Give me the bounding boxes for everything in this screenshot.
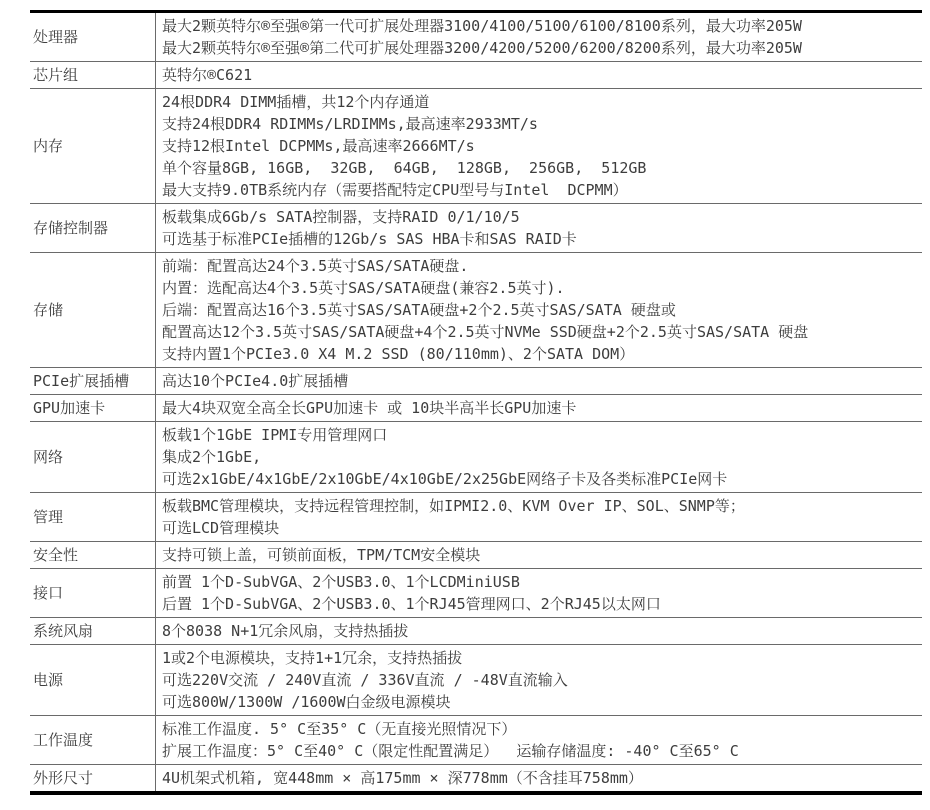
table-row: GPU加速卡 最大4块双宽全高全长GPU加速卡 或 10块半高半长GPU加速卡 bbox=[30, 395, 922, 422]
spec-value-line: 板载集成6Gb/s SATA控制器，支持RAID 0/1/10/5 bbox=[162, 206, 916, 228]
spec-value-line: 板载1个1GbE IPMI专用管理网口 bbox=[162, 424, 916, 446]
spec-label: 网络 bbox=[30, 422, 156, 493]
table-row: 管理 板载BMC管理模块，支持远程管理控制，如IPMI2.0、KVM Over … bbox=[30, 493, 922, 542]
spec-label: 处理器 bbox=[30, 12, 156, 62]
spec-value: 标准工作温度. 5° C至35° C（无直接光照情况下）扩展工作温度：5° C至… bbox=[156, 716, 923, 765]
spec-value: 最大2颗英特尔®至强®第一代可扩展处理器3100/4100/5100/6100/… bbox=[156, 12, 923, 62]
spec-label: 工作温度 bbox=[30, 716, 156, 765]
spec-label: 系统风扇 bbox=[30, 618, 156, 645]
spec-label: 内存 bbox=[30, 89, 156, 204]
spec-value-line: 支持可锁上盖，可锁前面板，TPM/TCM安全模块 bbox=[162, 544, 916, 566]
spec-label: 芯片组 bbox=[30, 62, 156, 89]
spec-value-line: 1或2个电源模块，支持1+1冗余，支持热插拔 bbox=[162, 647, 916, 669]
spec-value: 4U机架式机箱, 宽448mm × 高175mm × 深778mm（不含挂耳75… bbox=[156, 765, 923, 794]
spec-value: 8个8038 N+1冗余风扇，支持热插拔 bbox=[156, 618, 923, 645]
spec-value-line: 标准工作温度. 5° C至35° C（无直接光照情况下） bbox=[162, 718, 916, 740]
spec-label: 管理 bbox=[30, 493, 156, 542]
table-row: 芯片组 英特尔®C621 bbox=[30, 62, 922, 89]
spec-value-line: 可选LCD管理模块 bbox=[162, 517, 916, 539]
spec-value-line: 支持内置1个PCIe3.0 X4 M.2 SSD (80/110mm)、2个SA… bbox=[162, 343, 916, 365]
spec-value-line: 可选800W/1300W /1600W白金级电源模块 bbox=[162, 691, 916, 713]
spec-label: 电源 bbox=[30, 645, 156, 716]
spec-label: 接口 bbox=[30, 569, 156, 618]
spec-label: 存储 bbox=[30, 253, 156, 368]
spec-label: PCIe扩展插槽 bbox=[30, 368, 156, 395]
spec-value: 支持可锁上盖，可锁前面板，TPM/TCM安全模块 bbox=[156, 542, 923, 569]
spec-value-line: 后端：配置高达16个3.5英寸SAS/SATA硬盘+2个2.5英寸SAS/SAT… bbox=[162, 299, 916, 321]
spec-value-line: 英特尔®C621 bbox=[162, 64, 916, 86]
spec-value: 英特尔®C621 bbox=[156, 62, 923, 89]
spec-value: 板载1个1GbE IPMI专用管理网口集成2个1GbE,可选2x1GbE/4x1… bbox=[156, 422, 923, 493]
spec-value: 板载集成6Gb/s SATA控制器，支持RAID 0/1/10/5可选基于标准P… bbox=[156, 204, 923, 253]
spec-value-line: 前置 1个D-SubVGA、2个USB3.0、1个LCDMiniUSB bbox=[162, 571, 916, 593]
table-row: 存储 前端：配置高达24个3.5英寸SAS/SATA硬盘.内置：选配高达4个3.… bbox=[30, 253, 922, 368]
table-row: 系统风扇 8个8038 N+1冗余风扇，支持热插拔 bbox=[30, 618, 922, 645]
table-row: 工作温度 标准工作温度. 5° C至35° C（无直接光照情况下）扩展工作温度：… bbox=[30, 716, 922, 765]
spec-label: 外形尺寸 bbox=[30, 765, 156, 794]
spec-value: 板载BMC管理模块，支持远程管理控制，如IPMI2.0、KVM Over IP、… bbox=[156, 493, 923, 542]
spec-value-line: 可选基于标准PCIe插槽的12Gb/s SAS HBA卡和SAS RAID卡 bbox=[162, 228, 916, 250]
spec-label: GPU加速卡 bbox=[30, 395, 156, 422]
table-row: 外形尺寸 4U机架式机箱, 宽448mm × 高175mm × 深778mm（不… bbox=[30, 765, 922, 794]
spec-value-line: 最大支持9.0TB系统内存（需要搭配特定CPU型号与Intel DCPMM） bbox=[162, 179, 916, 201]
spec-value-line: 支持24根DDR4 RDIMMs/LRDIMMs,最高速率2933MT/s bbox=[162, 113, 916, 135]
spec-value-line: 高达10个PCIe4.0扩展插槽 bbox=[162, 370, 916, 392]
spec-value-line: 后置 1个D-SubVGA、2个USB3.0、1个RJ45管理网口、2个RJ45… bbox=[162, 593, 916, 615]
spec-value-line: 4U机架式机箱, 宽448mm × 高175mm × 深778mm（不含挂耳75… bbox=[162, 767, 916, 789]
spec-value-line: 最大4块双宽全高全长GPU加速卡 或 10块半高半长GPU加速卡 bbox=[162, 397, 916, 419]
table-row: 电源 1或2个电源模块，支持1+1冗余，支持热插拔可选220V交流 / 240V… bbox=[30, 645, 922, 716]
spec-value-line: 内置：选配高达4个3.5英寸SAS/SATA硬盘(兼容2.5英寸). bbox=[162, 277, 916, 299]
spec-label: 存储控制器 bbox=[30, 204, 156, 253]
spec-value-line: 可选2x1GbE/4x1GbE/2x10GbE/4x10GbE/2x25GbE网… bbox=[162, 468, 916, 490]
spec-value: 最大4块双宽全高全长GPU加速卡 或 10块半高半长GPU加速卡 bbox=[156, 395, 923, 422]
spec-value-line: 单个容量8GB, 16GB, 32GB, 64GB, 128GB, 256GB,… bbox=[162, 157, 916, 179]
table-row: 处理器 最大2颗英特尔®至强®第一代可扩展处理器3100/4100/5100/6… bbox=[30, 12, 922, 62]
table-row: 存储控制器 板载集成6Gb/s SATA控制器，支持RAID 0/1/10/5可… bbox=[30, 204, 922, 253]
table-row: PCIe扩展插槽 高达10个PCIe4.0扩展插槽 bbox=[30, 368, 922, 395]
spec-value-line: 最大2颗英特尔®至强®第二代可扩展处理器3200/4200/5200/6200/… bbox=[162, 37, 916, 59]
spec-value: 1或2个电源模块，支持1+1冗余，支持热插拔可选220V交流 / 240V直流 … bbox=[156, 645, 923, 716]
table-row: 内存 24根DDR4 DIMM插槽，共12个内存通道支持24根DDR4 RDIM… bbox=[30, 89, 922, 204]
spec-label: 安全性 bbox=[30, 542, 156, 569]
table-row: 接口 前置 1个D-SubVGA、2个USB3.0、1个LCDMiniUSB后置… bbox=[30, 569, 922, 618]
spec-value: 前端：配置高达24个3.5英寸SAS/SATA硬盘.内置：选配高达4个3.5英寸… bbox=[156, 253, 923, 368]
table-row: 网络 板载1个1GbE IPMI专用管理网口集成2个1GbE,可选2x1GbE/… bbox=[30, 422, 922, 493]
spec-value: 前置 1个D-SubVGA、2个USB3.0、1个LCDMiniUSB后置 1个… bbox=[156, 569, 923, 618]
spec-value-line: 最大2颗英特尔®至强®第一代可扩展处理器3100/4100/5100/6100/… bbox=[162, 15, 916, 37]
spec-value-line: 配置高达12个3.5英寸SAS/SATA硬盘+4个2.5英寸NVMe SSD硬盘… bbox=[162, 321, 916, 343]
spec-value-line: 8个8038 N+1冗余风扇，支持热插拔 bbox=[162, 620, 916, 642]
spec-value-line: 支持12根Intel DCPMMs,最高速率2666MT/s bbox=[162, 135, 916, 157]
spec-table-body: 处理器 最大2颗英特尔®至强®第一代可扩展处理器3100/4100/5100/6… bbox=[30, 12, 922, 794]
spec-table: 处理器 最大2颗英特尔®至强®第一代可扩展处理器3100/4100/5100/6… bbox=[30, 10, 922, 795]
spec-value: 24根DDR4 DIMM插槽，共12个内存通道支持24根DDR4 RDIMMs/… bbox=[156, 89, 923, 204]
table-row: 安全性 支持可锁上盖，可锁前面板，TPM/TCM安全模块 bbox=[30, 542, 922, 569]
spec-value-line: 板载BMC管理模块，支持远程管理控制，如IPMI2.0、KVM Over IP、… bbox=[162, 495, 916, 517]
spec-value: 高达10个PCIe4.0扩展插槽 bbox=[156, 368, 923, 395]
spec-value-line: 前端：配置高达24个3.5英寸SAS/SATA硬盘. bbox=[162, 255, 916, 277]
spec-value-line: 集成2个1GbE, bbox=[162, 446, 916, 468]
spec-value-line: 24根DDR4 DIMM插槽，共12个内存通道 bbox=[162, 91, 916, 113]
spec-value-line: 可选220V交流 / 240V直流 / 336V直流 / -48V直流输入 bbox=[162, 669, 916, 691]
spec-value-line: 扩展工作温度：5° C至40° C（限定性配置满足） 运输存储温度: -40° … bbox=[162, 740, 916, 762]
